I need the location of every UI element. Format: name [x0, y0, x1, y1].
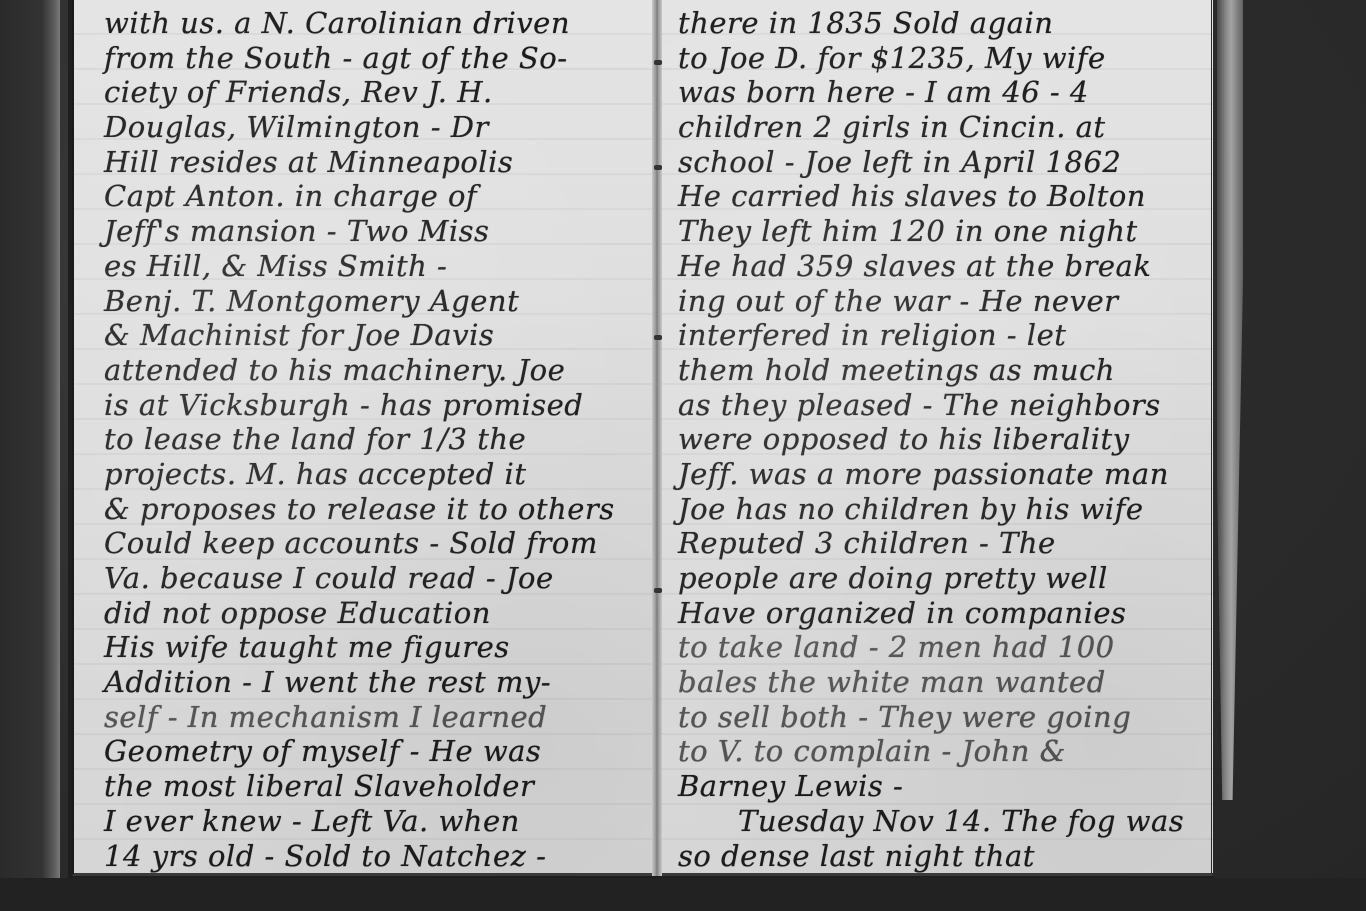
right-line-7: They left him 120 in one night: [678, 214, 1191, 249]
right-line-24-dated-entry: Tuesday Nov 14. The fog was: [678, 804, 1191, 839]
left-line-25: 14 yrs old - Sold to Natchez -: [104, 839, 634, 874]
book-gutter: [652, 0, 662, 876]
left-line-19: His wife taught me figures: [104, 630, 634, 665]
left-line-12: is at Vicksburgh - has promised: [104, 388, 634, 423]
left-line-17: Va. because I could read - Joe: [104, 561, 634, 596]
left-line-11: attended to his machinery. Joe: [104, 353, 634, 388]
scan-bottom-edge: [0, 878, 1366, 911]
left-line-6: Capt Anton. in charge of: [104, 179, 634, 214]
binding-stitch: [654, 165, 662, 170]
right-line-20: bales the white man wanted: [678, 665, 1191, 700]
right-line-3: was born here - I am 46 - 4: [678, 75, 1191, 110]
right-line-5: school - Joe left in April 1862: [678, 145, 1191, 180]
right-line-16: Reputed 3 children - The: [678, 526, 1191, 561]
left-line-8: es Hill, & Miss Smith -: [104, 249, 634, 284]
right-line-17: people are doing pretty well: [678, 561, 1191, 596]
right-line-15: Joe has no children by his wife: [678, 492, 1191, 527]
right-line-23: Barney Lewis -: [678, 769, 1191, 804]
left-line-10: & Machinist for Joe Davis: [104, 318, 634, 353]
left-line-2: from the South - agt of the So-: [104, 41, 634, 76]
right-line-6: He carried his slaves to Bolton: [678, 179, 1191, 214]
right-line-10: interfered in religion - let: [678, 318, 1191, 353]
right-line-1: there in 1835 Sold again: [678, 6, 1191, 41]
left-line-21: self - In mechanism I learned: [104, 700, 634, 735]
right-line-12: as they pleased - The neighbors: [678, 388, 1191, 423]
binding-stitch: [654, 588, 662, 593]
right-page: there in 1835 Sold again to Joe D. for $…: [662, 0, 1214, 876]
right-line-9: ing out of the war - He never: [678, 284, 1191, 319]
left-page: with us. a N. Carolinian driven from the…: [72, 0, 652, 876]
left-line-9: Benj. T. Montgomery Agent: [104, 284, 634, 319]
left-line-13: to lease the land for 1/3 the: [104, 422, 634, 457]
scan-background-edge: [0, 0, 60, 911]
left-line-16: Could keep accounts - Sold from: [104, 526, 634, 561]
left-line-22: Geometry of myself - He was: [104, 734, 634, 769]
left-line-20: Addition - I went the rest my-: [104, 665, 634, 700]
left-line-18: did not oppose Education: [104, 596, 634, 631]
left-line-7: Jeff's mansion - Two Miss: [104, 214, 634, 249]
left-line-15: & proposes to release it to others: [104, 492, 634, 527]
right-line-22: to V. to complain - John &: [678, 734, 1191, 769]
diary-spread: with us. a N. Carolinian driven from the…: [68, 0, 1214, 878]
right-line-21: to sell both - They were going: [678, 700, 1191, 735]
paper-fold-edge: [1217, 0, 1243, 800]
left-line-23: the most liberal Slaveholder: [104, 769, 634, 804]
right-line-11: them hold meetings as much: [678, 353, 1191, 388]
binding-stitch: [654, 60, 662, 65]
right-line-4: children 2 girls in Cincin. at: [678, 110, 1191, 145]
left-line-1: with us. a N. Carolinian driven: [104, 6, 634, 41]
right-line-13: were opposed to his liberality: [678, 422, 1191, 457]
left-line-5: Hill resides at Minneapolis: [104, 145, 634, 180]
right-line-25: so dense last night that: [678, 839, 1191, 874]
left-line-14: projects. M. has accepted it: [104, 457, 634, 492]
right-line-2: to Joe D. for $1235, My wife: [678, 41, 1191, 76]
scanned-document: with us. a N. Carolinian driven from the…: [0, 0, 1366, 911]
left-line-3: ciety of Friends, Rev J. H.: [104, 75, 634, 110]
right-line-8: He had 359 slaves at the break: [678, 249, 1191, 284]
left-line-4: Douglas, Wilmington - Dr: [104, 110, 634, 145]
left-line-24: I ever knew - Left Va. when: [104, 804, 634, 839]
right-line-14: Jeff. was a more passionate man: [678, 457, 1191, 492]
right-line-19: to take land - 2 men had 100: [678, 630, 1191, 665]
binding-stitch: [654, 335, 662, 340]
right-line-18: Have organized in companies: [678, 596, 1191, 631]
